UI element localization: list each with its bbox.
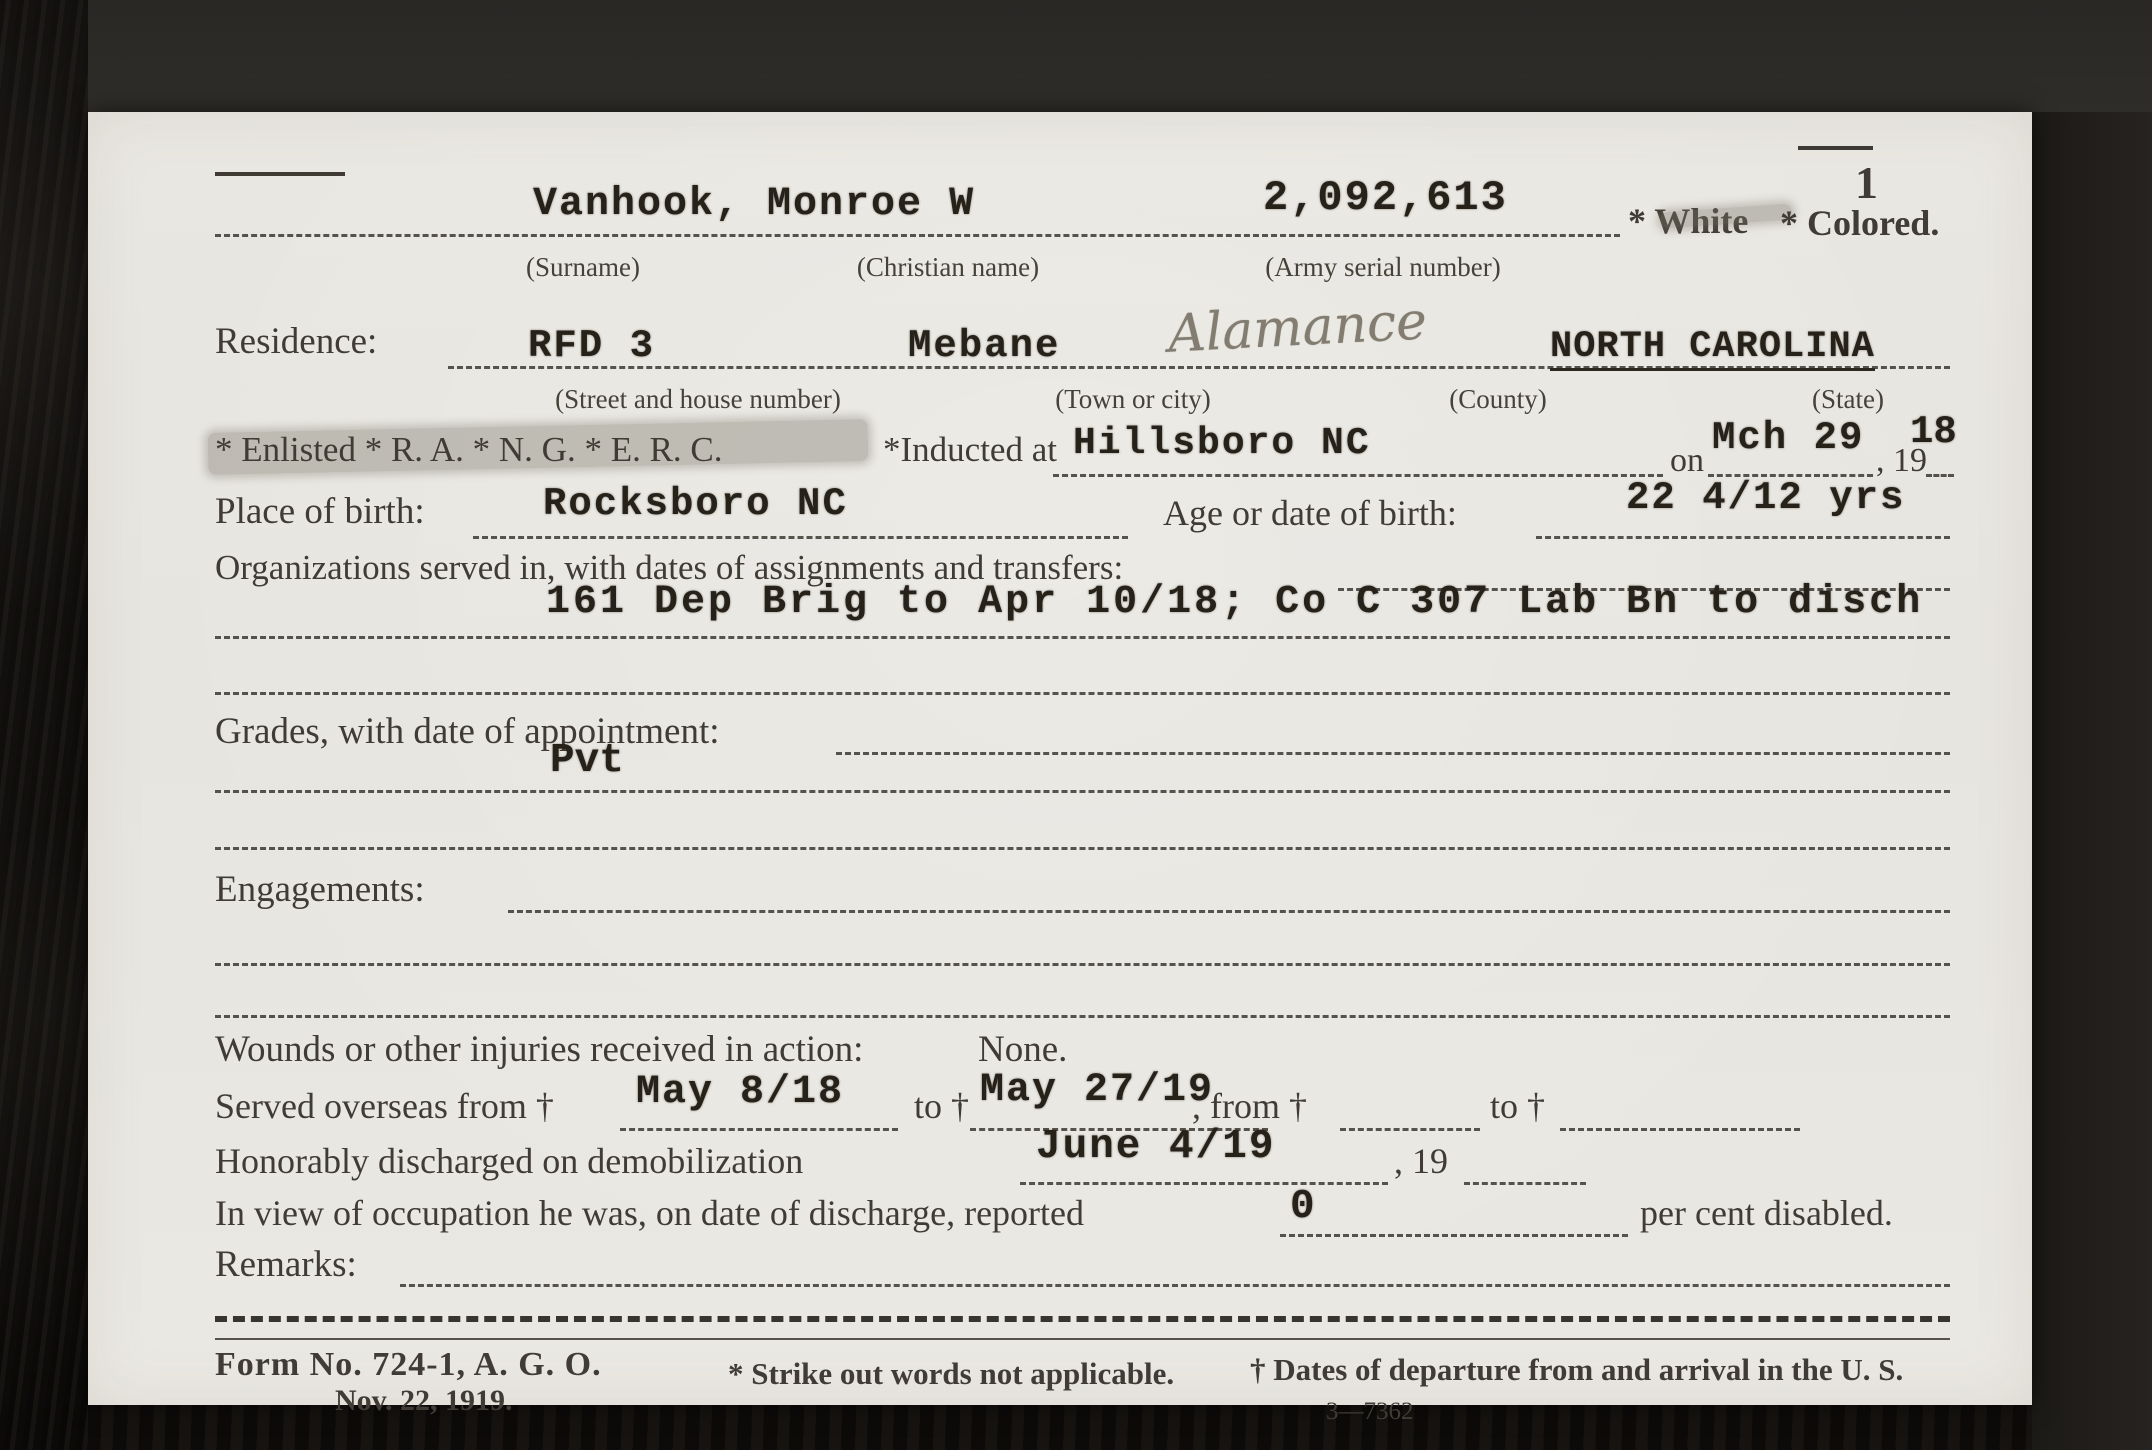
engagements-label: Engagements:	[215, 868, 425, 911]
engagements-dotted-line-2	[215, 963, 1950, 966]
town-caption: (Town or city)	[1003, 384, 1263, 415]
county-caption: (County)	[1413, 384, 1583, 415]
induction-place-dotted-line	[1053, 474, 1663, 477]
remarks-dotted-line	[400, 1284, 1950, 1287]
remarks-label: Remarks:	[215, 1243, 357, 1286]
record-card: 1 Vanhook, Monroe W 2,092,613 * White * …	[88, 112, 2032, 1405]
wounds-value: None.	[978, 1028, 1067, 1071]
discharge-value: June 4/19	[1036, 1124, 1275, 1170]
discharge-year-label: , 19	[1394, 1140, 1448, 1182]
scanned-service-card: 1 Vanhook, Monroe W 2,092,613 * White * …	[0, 0, 2152, 1450]
birth-place-dotted-line	[473, 536, 1128, 539]
organizations-value: 161 Dep Brig to Apr 10/18; Co C 307 Lab …	[546, 580, 1923, 625]
page-number-rule	[1798, 146, 1873, 150]
residence-label: Residence:	[215, 320, 377, 363]
birth-place-value: Rocksboro NC	[543, 482, 848, 526]
wounds-label: Wounds or other injuries received in act…	[215, 1028, 863, 1071]
name-value: Vanhook, Monroe W	[533, 182, 975, 227]
residence-state-value: NORTH CAROLINA	[1550, 326, 1875, 371]
disability-label-post: per cent disabled.	[1640, 1192, 1893, 1234]
organizations-dotted-line-3	[215, 692, 1950, 695]
serial-value: 2,092,613	[1263, 174, 1508, 222]
induction-year-value: 18	[1910, 410, 1957, 454]
induction-date-value: Mch 29	[1712, 416, 1864, 460]
induction-place-value: Hillsboro NC	[1073, 422, 1371, 465]
surname-caption: (Surname)	[418, 252, 748, 283]
engagements-dotted-line-3	[215, 1015, 1950, 1018]
discharge-label: Honorably discharged on demobilization	[215, 1140, 803, 1182]
place-of-birth-label: Place of birth:	[215, 490, 425, 533]
name-dotted-line	[215, 234, 1620, 237]
age-label: Age or date of birth:	[1163, 492, 1457, 534]
form-number: Form No. 724-1, A. G. O.	[215, 1346, 602, 1384]
grades-label: Grades, with date of appointment:	[215, 710, 720, 753]
form-date: Nov. 22, 1919.	[335, 1384, 513, 1418]
residence-county-value: Alamance	[1167, 291, 1429, 364]
disability-value: 0	[1290, 1184, 1315, 1230]
state-caption: (State)	[1778, 384, 1918, 415]
grades-dotted-line-1	[836, 752, 1950, 755]
race-colored-label: * Colored.	[1780, 202, 1939, 244]
strike-out-note: * Strike out words not applicable.	[728, 1356, 1174, 1392]
overseas-from1-dotted-line	[620, 1128, 898, 1131]
discharge-dotted-line-1	[1020, 1182, 1388, 1185]
age-dotted-line	[1536, 536, 1950, 539]
overseas-from2-label: , from †	[1192, 1085, 1307, 1127]
residence-street-value: RFD 3	[528, 324, 655, 368]
age-value: 22 4/12 yrs	[1626, 476, 1905, 520]
residence-town-value: Mebane	[908, 324, 1060, 368]
scan-background-right	[2032, 112, 2152, 1450]
induction-year-dotted-line	[1926, 474, 1954, 477]
overseas-from1-label: Served overseas from †	[215, 1085, 554, 1127]
inducted-at-label: *Inducted at	[883, 430, 1057, 470]
disability-dotted-line	[1280, 1234, 1628, 1237]
discharge-dotted-line-2	[1464, 1182, 1586, 1185]
overseas-to1-value: May 27/19	[980, 1068, 1214, 1113]
footer-solid-rule	[215, 1338, 1950, 1340]
grades-dotted-line-3	[215, 847, 1950, 850]
on-label: on	[1670, 442, 1704, 480]
scan-background-left	[0, 0, 88, 1450]
street-caption: (Street and house number)	[488, 384, 908, 415]
departure-dates-note: † Dates of departure from and arrival in…	[1250, 1352, 1903, 1388]
print-code: 3—7362	[1326, 1398, 1414, 1426]
organizations-dotted-line-2	[215, 636, 1950, 639]
top-left-mark	[215, 172, 345, 176]
overseas-to2-label: to †	[1490, 1085, 1545, 1127]
overseas-from2-dotted-line	[1340, 1128, 1480, 1131]
christian-name-caption: (Christian name)	[788, 252, 1108, 283]
grades-value: Pvt	[550, 738, 624, 784]
disability-label-pre: In view of occupation he was, on date of…	[215, 1192, 1084, 1234]
overseas-to1-label: to †	[914, 1085, 969, 1127]
enlistment-options-struck: * Enlisted * R. A. * N. G. * E. R. C.	[215, 430, 723, 470]
overseas-to2-dotted-line	[1560, 1128, 1800, 1131]
footer-heavy-dashed-rule	[215, 1316, 1950, 1322]
serial-caption: (Army serial number)	[1218, 252, 1548, 283]
engagements-dotted-line-1	[508, 910, 1950, 913]
overseas-from1-value: May 8/18	[636, 1070, 844, 1115]
grades-dotted-line-2	[215, 790, 1950, 793]
scan-background-top	[88, 0, 2152, 112]
